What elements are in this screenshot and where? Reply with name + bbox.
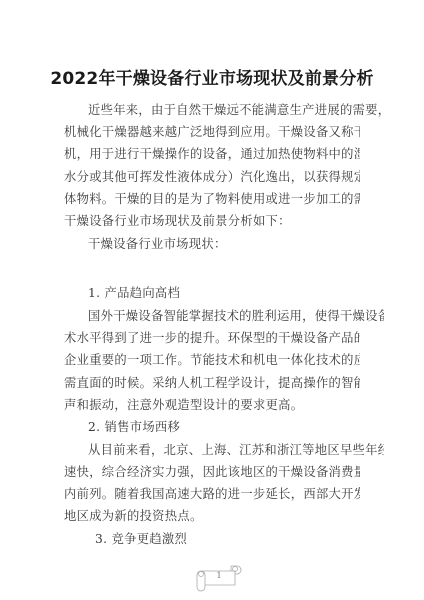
subsection-heading: 3. 竞争更趋激烈 (95, 529, 391, 547)
paragraph-line: 从目前来看，北京、上海、江苏和浙江等地区早些年经济增 (88, 440, 384, 458)
paragraph-line: 水分或其他可挥发性液体成分）汽化逸出，以获得规定湿含量的固 (64, 167, 360, 185)
paragraph-line: 近些年来，由于自然干燥远不能满意生产进展的需要，各种 (88, 100, 384, 118)
paragraph-line: 术水平得到了进一步的提升。环保型的干燥设备产品的开发也成为 (64, 328, 360, 346)
paragraph-line: 内前列。随着我国高速大路的进一步延长，西部大开发将使中西部 (64, 484, 360, 502)
paragraph-line: 机，用于进行干燥操作的设备，通过加热使物料中的湿分（一般指 (64, 144, 360, 162)
paragraph-line: 声和振动，注意外观造型设计的要求更高。 (64, 395, 360, 413)
paragraph-line: 干燥设备行业市场现状及前景分析如下： (64, 211, 360, 229)
section-heading: 干燥设备行业市场现状： (88, 234, 384, 252)
paragraph-line: 地区成为新的投资热点。 (64, 506, 360, 524)
paragraph-line: 企业重要的一项工作。节能技术和机电一体化技术的应用已到了必 (64, 350, 360, 368)
document-title: 2022年干燥设备行业市场现状及前景分析 (0, 64, 424, 89)
document-page: 2022年干燥设备行业市场现状及前景分析 近些年来，由于自然干燥远不能满意生产进… (0, 0, 424, 600)
paragraph-line: 体物料。干燥的目的是为了物料使用或进一步加工的需要。2022 年 (64, 189, 360, 207)
subsection-heading: 2. 销售市场西移 (88, 417, 384, 435)
paragraph-line: 国外干燥设备智能掌握技术的胜利运用，使得干燥设备的技 (88, 306, 384, 324)
page-number: 1 (193, 571, 245, 580)
paragraph-line: 需直面的时候。采纳人机工程学设计，提高操作的智能化，削减噪 (64, 373, 360, 391)
paragraph-line: 机械化干燥器越来越广泛地得到应用。干燥设备又称干燥器和干燥 (64, 122, 360, 140)
subsection-heading: 1. 产品趋向高档 (88, 283, 384, 301)
paragraph-line: 速快，综合经济实力强，因此该地区的干燥设备消费量始终位于国 (64, 462, 360, 480)
page-number-scroll: 1 (193, 563, 245, 593)
